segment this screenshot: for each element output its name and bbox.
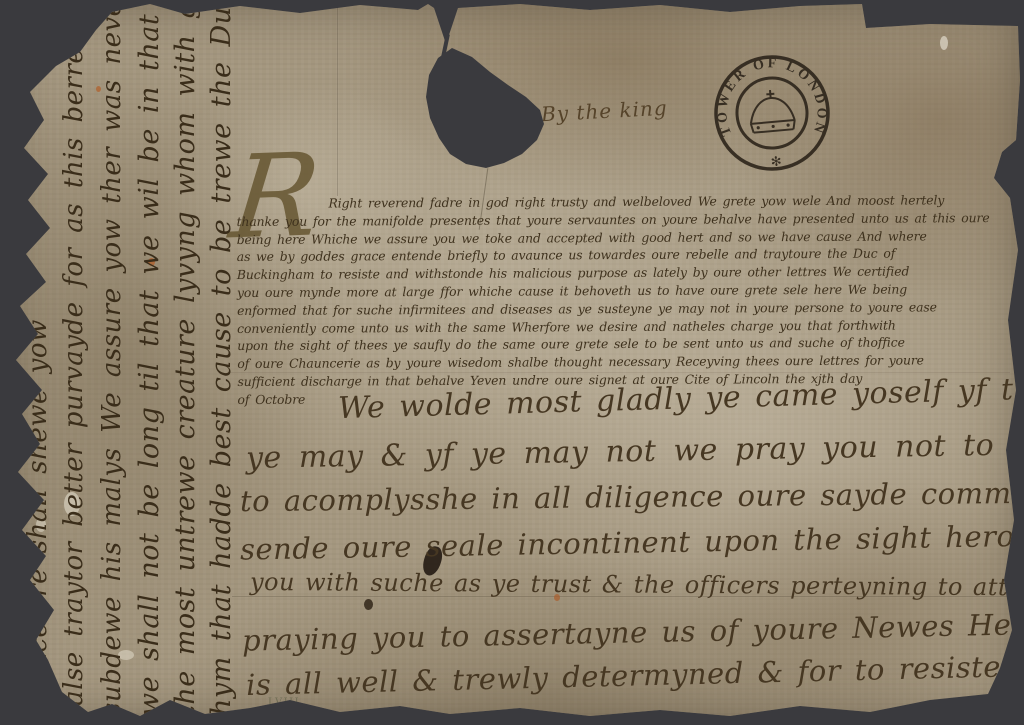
postscript-line: to acomplysshe in all diligence oure say…: [240, 477, 1024, 516]
margin-line: subdewe his malys We assure yow ther was…: [98, 0, 128, 716]
margin-line: we shall not be long til that we wil be …: [134, 0, 165, 716]
margin-line: the most untrewe creature lyvyng whom wi…: [170, 0, 201, 716]
postscript-line: praying you to assertayne us of youre Ne…: [242, 605, 1024, 655]
stamp-ornament: ✻: [770, 154, 782, 170]
margin-line: hym that hadde best cause to be trewe th…: [206, 0, 237, 716]
ink-blot: [364, 599, 373, 610]
stamp-inner-ring: [734, 75, 810, 151]
archive-number: LVIII: [268, 697, 300, 708]
damage-spot: [940, 36, 948, 50]
crown-icon: [748, 88, 795, 133]
docket-heading: By the king: [541, 98, 669, 125]
postscript-line: sende oure seale incontinent upon the si…: [240, 518, 1024, 564]
tower-of-london-stamp: TOWER OF LONDON ✻: [700, 43, 844, 187]
fold-crease: [337, 6, 338, 196]
margin-line: false traytor better purvayde for as thi…: [60, 35, 90, 716]
margin-line: Gloucestre shall shewe yow: [24, 319, 54, 716]
postscript-line: ye may & yf ye may not we pray you not t…: [246, 428, 1024, 474]
manuscript-photograph: By the king R Right reverend fadre in go…: [0, 0, 1024, 725]
postscript-line: you with suche as ye trust & the officer…: [250, 570, 1024, 600]
